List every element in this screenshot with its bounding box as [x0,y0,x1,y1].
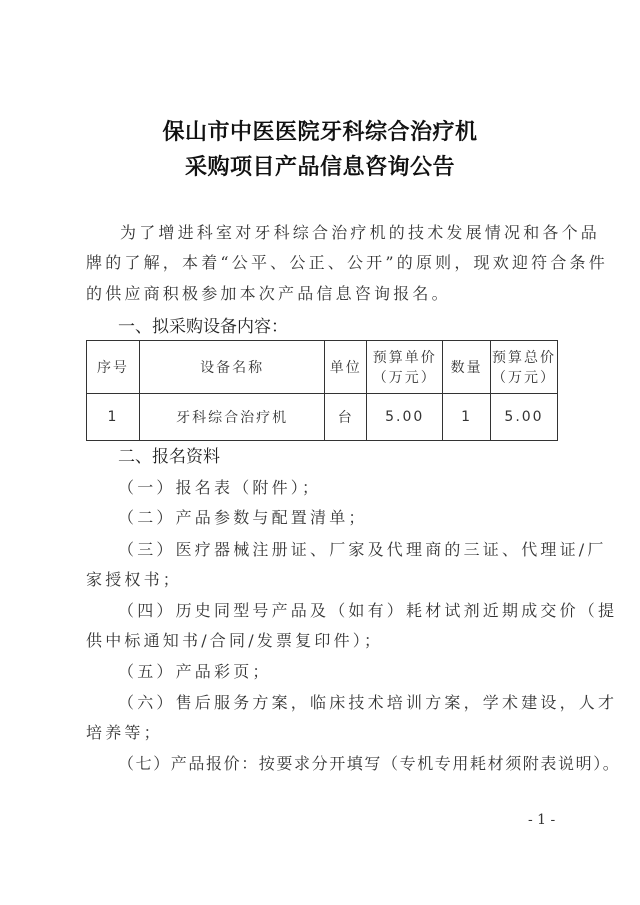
list-item-cont: 供中标通知书/合同/发票复印件）； [86,628,383,651]
document-title-line2: 采购项目产品信息咨询公告 [0,150,640,181]
list-item: （六）售后服务方案，临床技术培训方案，学术建设，人才 [118,690,617,713]
header-name: 设备名称 [139,341,324,394]
intro-paragraph-line2: 牌的了解，本着“公平、公正、公开”的原则，现欢迎符合条件 [86,250,608,273]
list-item: （五）产品彩页； [118,659,272,682]
cell-unit: 台 [325,394,367,441]
header-total-l1: 预算总价 [491,347,557,367]
equipment-table: 序号 设备名称 单位 预算单价 （万元） 数量 预算总价 （万元） 1 牙科综合… [86,340,558,441]
list-item: （四）历史同型号产品及（如有）耗材试剂近期成交价（提 [118,598,617,621]
list-item: （一）报名表（附件）； [118,475,321,498]
cell-qty: 1 [443,394,491,441]
header-total: 预算总价 （万元） [491,341,558,394]
header-total-l2: （万元） [491,367,557,387]
list-item: （七）产品报价：按要求分开填写（专机专用耗材须附表说明）。 [118,751,620,774]
header-qty: 数量 [443,341,491,394]
section2-heading: 二、报名资料 [118,442,220,467]
document-title-line1: 保山市中医医院牙科综合治疗机 [0,115,640,146]
page-number: - 1 - [528,812,555,828]
cell-name: 牙科综合治疗机 [139,394,324,441]
table-row: 1 牙科综合治疗机 台 5.00 1 5.00 [87,394,558,441]
table-header-row: 序号 设备名称 单位 预算单价 （万元） 数量 预算总价 （万元） [87,341,558,394]
list-item: （三）医疗器械注册证、厂家及代理商的三证、代理证/厂 [118,537,607,560]
cell-seq: 1 [87,394,140,441]
header-unit: 单位 [325,341,367,394]
header-unit-price-l1: 预算单价 [367,347,442,367]
cell-unit-price: 5.00 [367,394,443,441]
section1-heading: 一、拟采购设备内容： [118,312,288,337]
cell-total: 5.00 [491,394,558,441]
header-seq: 序号 [87,341,140,394]
header-unit-price-l2: （万元） [367,367,442,387]
list-item-cont: 培养等； [86,720,163,743]
header-unit-price: 预算单价 （万元） [367,341,443,394]
intro-paragraph-line3: 的供应商积极参加本次产品信息咨询报名。 [86,281,451,304]
list-item: （二）产品参数与配置清单； [118,505,368,528]
list-item-cont: 家授权书； [86,567,182,590]
intro-paragraph-line1: 为了增进科室对牙科综合治疗机的技术发展情况和各个品 [120,220,600,243]
